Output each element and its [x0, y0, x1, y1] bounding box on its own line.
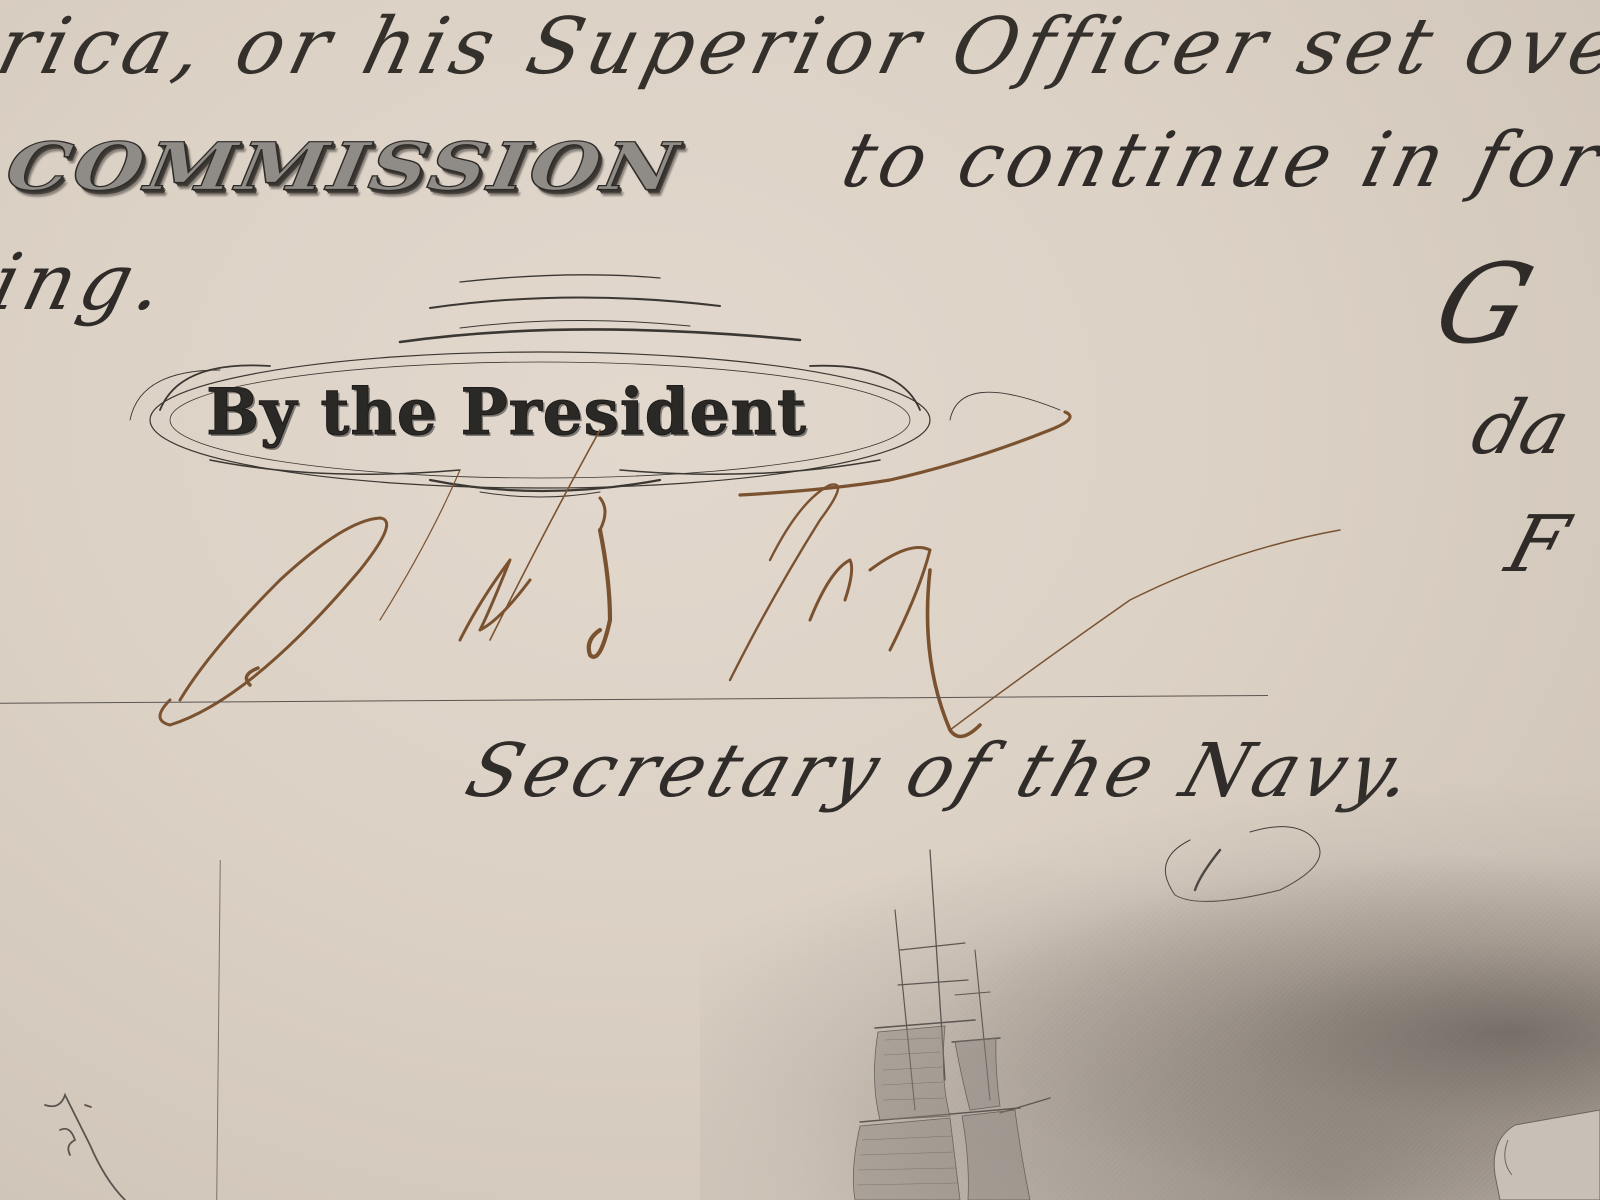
sailing-ship-icon [700, 780, 1600, 1200]
right-fragment-2: da [1463, 385, 1579, 471]
right-fragment-1: G [1422, 240, 1547, 368]
ship-engraving-vignette [700, 780, 1600, 1200]
body-text-line-1: rica, or his Superior Officer set over h [0, 2, 1600, 92]
right-fragment-3: F [1497, 500, 1577, 590]
margin-pencil-mark-icon [35, 1085, 135, 1200]
secretary-signature-icon [130, 400, 1370, 760]
margin-rule [216, 860, 221, 1200]
commission-heading: COMMISSION [1, 128, 686, 205]
body-text-line-2: to continue in for [834, 115, 1600, 204]
right-column-text: G da F [1420, 240, 1600, 620]
